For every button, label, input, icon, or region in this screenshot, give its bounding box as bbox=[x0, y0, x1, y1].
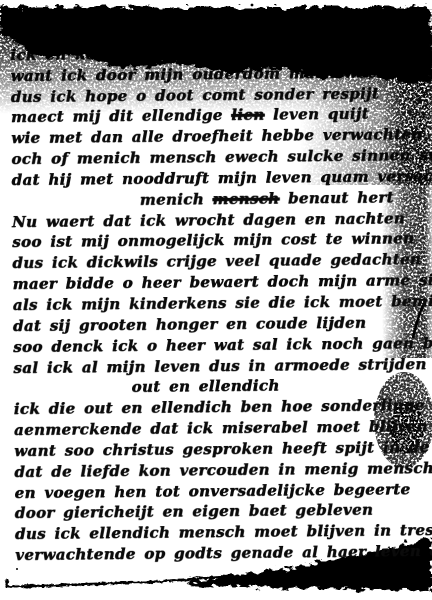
manuscript-text: och of stel de doot en haest u tot mijic… bbox=[10, 20, 432, 566]
dust-dot-2 bbox=[324, 5, 326, 7]
manuscript-line: verwachtende op godts genade al haer lev… bbox=[15, 541, 432, 566]
line-text: out en ellendich bbox=[131, 377, 279, 396]
line-text: dat de liefde kon vercouden in menig men… bbox=[14, 459, 432, 481]
struck-word: lien bbox=[231, 106, 264, 124]
line-text: dus ick dickwils crijge veel quade gedac… bbox=[12, 250, 421, 272]
line-text: maect mij dit ellendige bbox=[11, 106, 231, 126]
line-text: och of stel de doot en haest u tot mij bbox=[10, 22, 360, 43]
line-text: soo ist mij onmogelijck mijn cost te win… bbox=[12, 230, 414, 252]
bottom-page-edge-line bbox=[7, 576, 238, 589]
line-text: menich bbox=[140, 190, 213, 209]
line-text: dat sij grooten honger en coude lijden bbox=[13, 313, 366, 334]
line-text: maer bidde o heer bewaert doch mijn arme… bbox=[12, 271, 432, 293]
dust-dot-4 bbox=[16, 568, 18, 570]
line-text: leven quijt bbox=[264, 105, 369, 124]
line-text: want ick door mijn ouderdom mach wech ga… bbox=[10, 62, 432, 85]
line-text: als ick mijn kinderkens sie die ick moet… bbox=[13, 291, 432, 313]
dust-dot-3 bbox=[151, 582, 153, 584]
line-text: soo denck ick o heer wat sal ick noch ga… bbox=[13, 333, 432, 356]
struck-word: mensch bbox=[212, 189, 279, 208]
line-text: ick en konde geen int stelle hier bij mi… bbox=[10, 42, 432, 64]
line-text: verwachtende op godts genade al haer lev… bbox=[15, 542, 432, 564]
line-text: och of menich mensch ewech sulcke sinnen… bbox=[11, 146, 432, 168]
line-text: ick die out en ellendich ben hoe sonderl… bbox=[14, 396, 432, 418]
line-text: sal ick al mijn leven dus in armoede str… bbox=[13, 355, 426, 377]
dust-dot-1 bbox=[251, 4, 254, 7]
line-text: want soo christus gesproken heeft spijt … bbox=[14, 438, 432, 460]
line-text: benaut hert bbox=[279, 188, 394, 207]
line-text: dus ick hope o doot comt sonder respijt bbox=[11, 84, 379, 106]
line-text: aenmerckende dat ick miserabel moet blij… bbox=[14, 417, 428, 439]
line-text: wie met dan alle droefheit hebbe verwach… bbox=[11, 125, 422, 147]
line-text: en voegen hen tot onversadelijcke begeer… bbox=[14, 480, 410, 502]
manuscript-scan-page: och of stel de doot en haest u tot mijic… bbox=[0, 0, 432, 600]
line-text: dat hij met nooddruft mijn leven quam ve… bbox=[11, 166, 432, 188]
line-text: door giericheijt en eigen baet gebleven bbox=[15, 501, 374, 522]
manuscript-line: out en ellendich bbox=[131, 374, 432, 398]
manuscript-line: menich mensch benaut hert bbox=[140, 187, 432, 211]
line-text: dus ick ellendich mensch moet blijven in… bbox=[15, 521, 432, 543]
line-text: Nu waert dat ick wrocht dagen en nachten bbox=[12, 209, 405, 231]
